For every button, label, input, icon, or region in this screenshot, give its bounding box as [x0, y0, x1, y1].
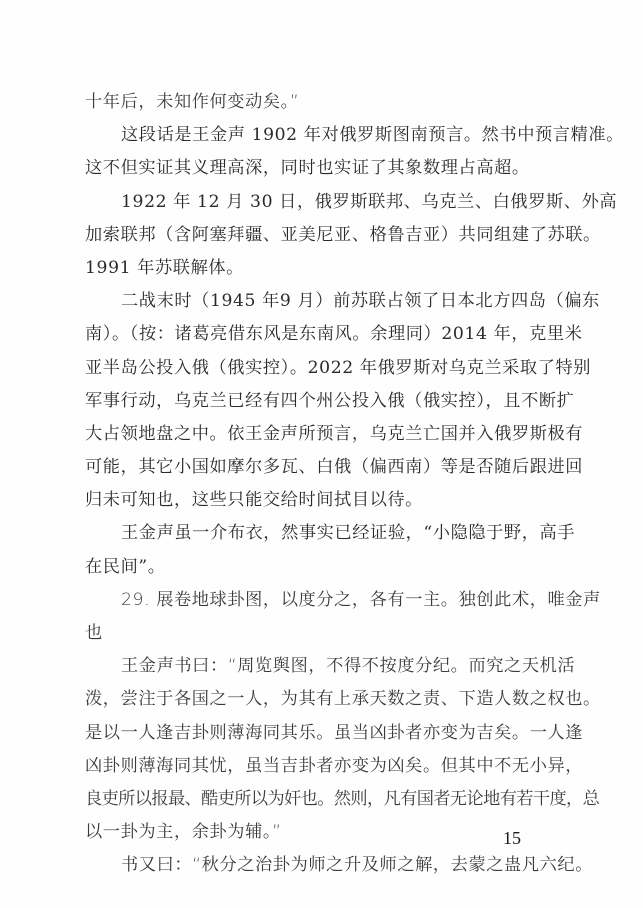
quote-line: 是以一人逢吉卦则薄海同其乐。虽当凶卦者亦变为吉矣。一人逢	[85, 717, 547, 750]
section-heading-continuation: 也	[85, 617, 547, 650]
quote-line: 良吏所以报最、酷吏所以为奸也。然则，凡有国者无论地有若干度，总	[85, 783, 547, 816]
text-line: 亚半岛公投入俄（俄实控）。2022 年俄罗斯对乌克兰采取了特别	[85, 352, 547, 385]
text-line: 这段话是王金声 1902 年对俄罗斯图南预言。然书中预言精准。	[85, 119, 547, 152]
book-page: 十年后，未知作何变动矣。” 这段话是王金声 1902 年对俄罗斯图南预言。然书中…	[0, 0, 643, 908]
text-line: 在民间”。	[85, 551, 547, 584]
section-heading: 29. 展卷地球卦图，以度分之，各有一主。独创此术，唯金声	[85, 584, 547, 617]
text-line: 南）。（按：诸葛亮借东风是东南风。余理同）2014 年，克里米	[85, 318, 547, 351]
quote-line: 王金声书曰：“周览舆图，不得不按度分纪。而究之天机活	[85, 650, 547, 683]
text-line: 1991 年苏联解体。	[85, 252, 547, 285]
text-line: 这不但实证其义理高深，同时也实证了其象数理占高超。	[85, 152, 547, 185]
body-text: 十年后，未知作何变动矣。” 这段话是王金声 1902 年对俄罗斯图南预言。然书中…	[85, 86, 547, 883]
text-line: 可能，其它小国如摩尔多瓦、白俄（偏西南）等是否随后跟进回	[85, 451, 547, 484]
text-line: 归未可知也，这些只能交给时间拭目以待。	[85, 484, 547, 517]
text-line: 王金声虽一介布衣，然事实已经证验，“小隐隐于野，高手	[85, 517, 547, 550]
text-line: 加索联邦（含阿塞拜疆、亚美尼亚、格鲁吉亚）共同组建了苏联。	[85, 219, 547, 252]
page-number: 15	[503, 828, 521, 849]
text-line: 二战末时（1945 年9 月）前苏联占领了日本北方四岛（偏东	[85, 285, 547, 318]
quote-line: 书又曰：“秋分之治卦为师之升及师之解，去蒙之蛊凡六纪。	[85, 849, 547, 882]
quote-line: 以一卦为主，余卦为辅。”	[85, 816, 547, 849]
quote-line: 凶卦则薄海同其忧，虽当吉卦者亦变为凶矣。但其中不无小异，	[85, 750, 547, 783]
quote-line: 泼，尝注于各国之一人，为其有上承天数之责、下造人数之权也。	[85, 683, 547, 716]
text-line: 大占领地盘之中。依王金声所预言，乌克兰亡国并入俄罗斯极有	[85, 418, 547, 451]
text-line: 1922 年 12 月 30 日，俄罗斯联邦、乌克兰、白俄罗斯、外高	[85, 186, 547, 219]
text-line: 军事行动，乌克兰已经有四个州公投入俄（俄实控），且不断扩	[85, 385, 547, 418]
text-line: 十年后，未知作何变动矣。”	[85, 86, 547, 119]
